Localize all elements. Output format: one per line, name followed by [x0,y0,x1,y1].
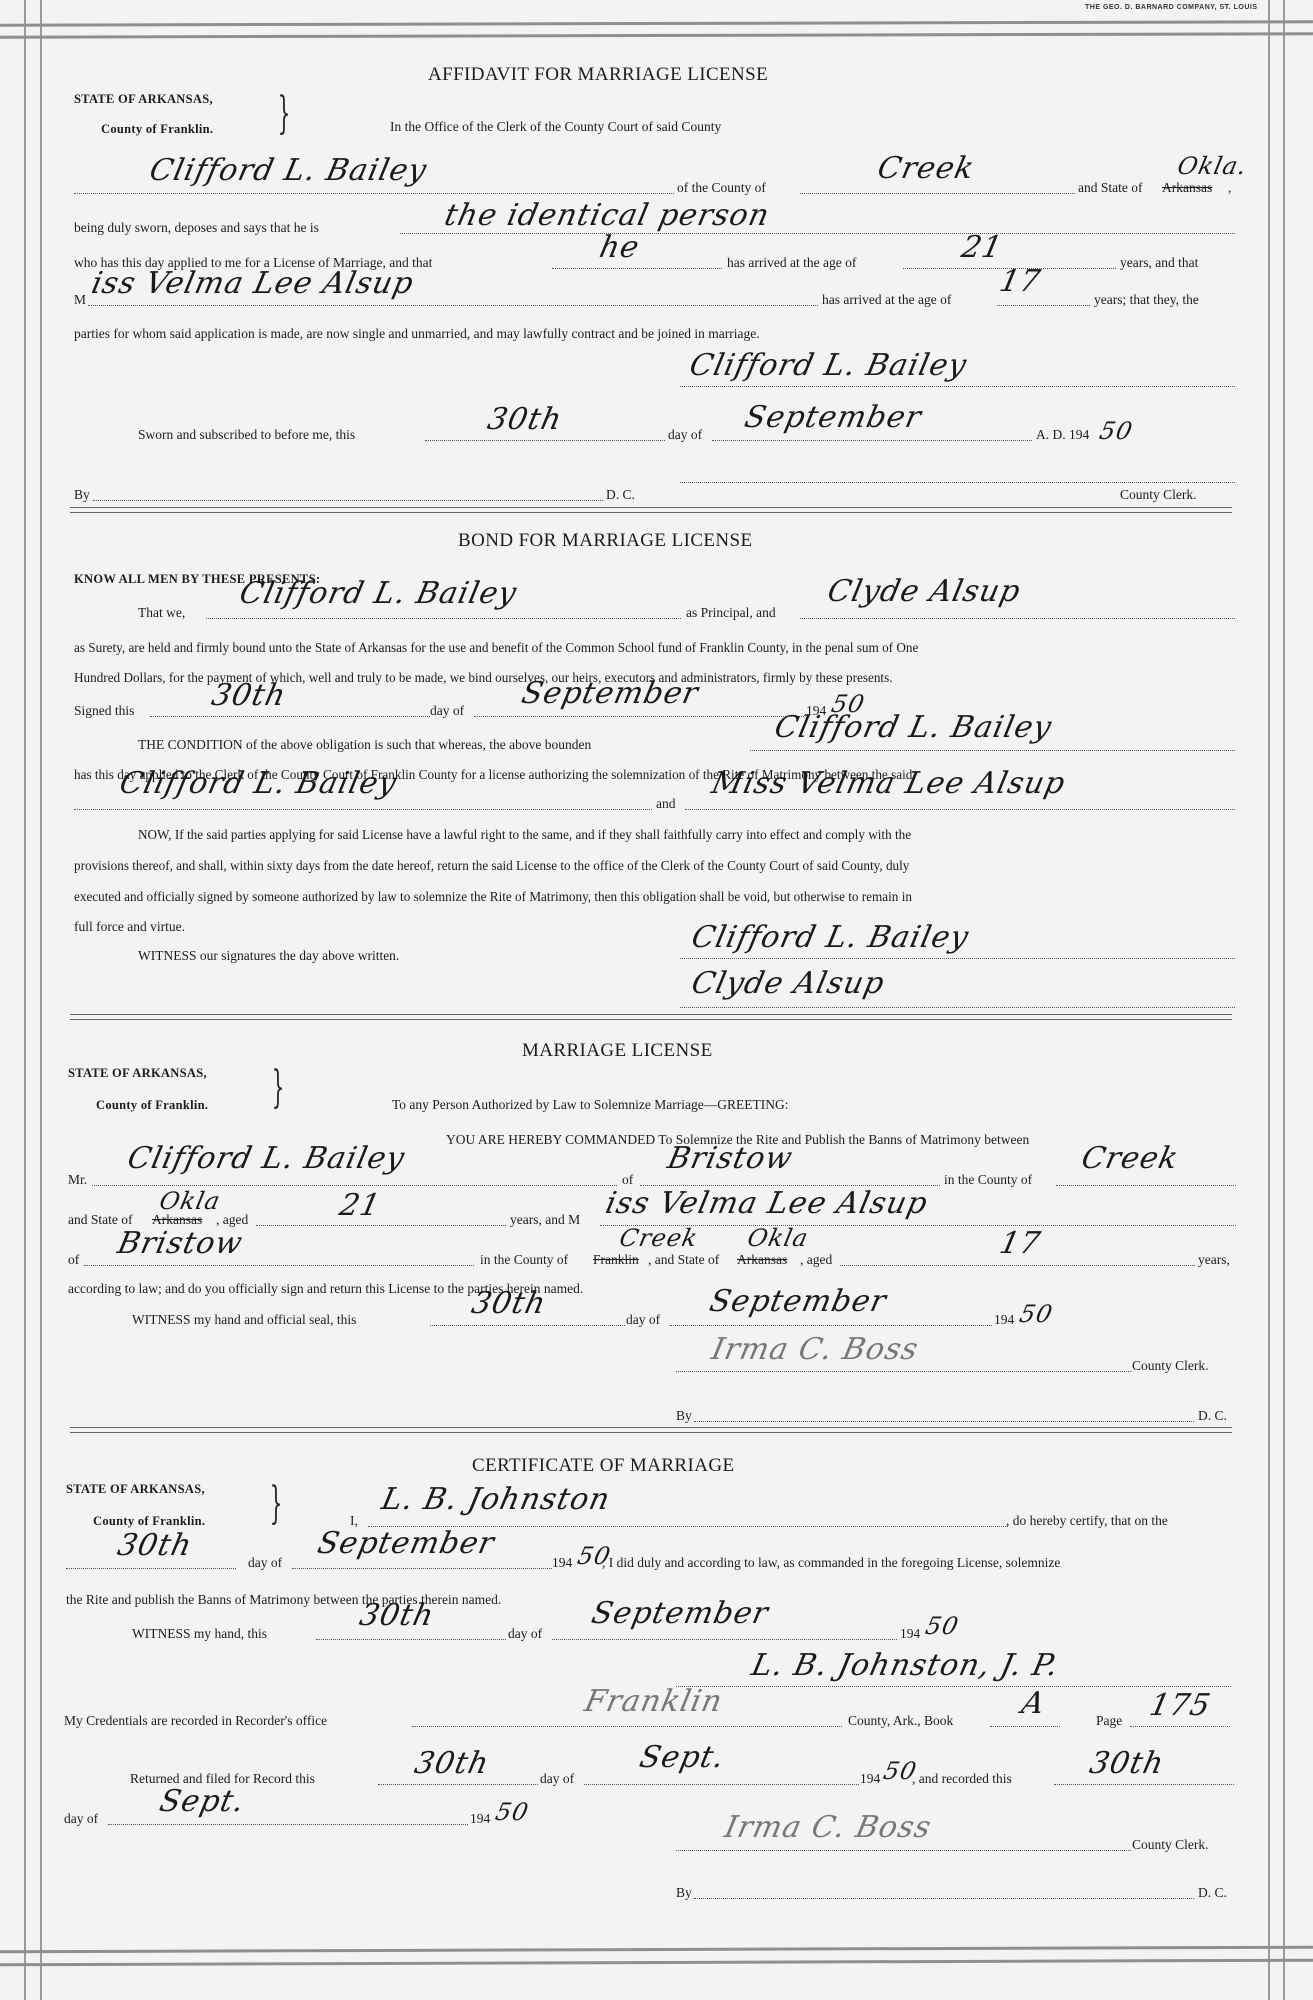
book-field[interactable]: A [1019,1688,1048,1720]
label-and-recorded-this: , and recorded this [912,1771,1012,1787]
returned-day-field[interactable]: 30th [412,1748,492,1780]
credentials-county-field[interactable]: Franklin [582,1686,726,1718]
certificate-clerk-signature: Irma C. Boss [722,1812,935,1844]
label-page: Page [1096,1713,1122,1729]
returned-day-line [378,1784,538,1785]
certificate-section: CERTIFICATE OF MARRIAGE STATE OF ARKANSA… [0,0,1313,2000]
officiant-name-field[interactable]: L. B. Johnston [379,1484,613,1516]
credentials-statement: My Credentials are recorded in Recorder'… [64,1713,327,1729]
officiant-signature-line [676,1686,1231,1687]
brace-icon: } [270,1482,283,1526]
certificate-deputy-line [694,1898,1194,1899]
marriage-day-line [66,1568,236,1569]
label-year-prefix: 194 [552,1555,572,1571]
returned-month-line [584,1784,859,1785]
recorded-month-line [108,1824,468,1825]
officiant-signature: L. B. Johnston, J. P. [749,1650,1062,1682]
label-year-prefix-2: 194 [900,1626,920,1642]
label-year-prefix-3: 194 [860,1771,880,1787]
label-day-of: day of [248,1555,282,1571]
label-hereby-certify: , do hereby certify, that on the [1006,1513,1168,1529]
label-county-clerk: County Clerk. [1132,1837,1209,1853]
book-line [990,1726,1060,1727]
recorded-month-field[interactable]: Sept. [157,1786,248,1818]
label-witness-hand: WITNESS my hand, this [132,1626,267,1642]
recorded-year-field[interactable]: 50 [493,1796,532,1828]
certificate-state: STATE OF ARKANSAS, [66,1481,205,1497]
label-day-of-3: day of [540,1771,574,1787]
witness-month-line [552,1639,897,1640]
marriage-month-field[interactable]: September [315,1528,498,1560]
marriage-day-field[interactable]: 30th [115,1530,195,1562]
label-day-of-2: day of [508,1626,542,1642]
label-dc: D. C. [1198,1885,1227,1901]
label-by: By [676,1885,692,1901]
returned-month-field[interactable]: Sept. [637,1742,728,1774]
recorded-day-line [1054,1784,1234,1785]
witness-year-field[interactable]: 50 [923,1610,962,1642]
marriage-month-line [292,1568,552,1569]
label-county-ark-book: County, Ark., Book [848,1713,953,1729]
credentials-county-line [412,1726,842,1727]
page-line [1130,1726,1230,1727]
label-year-prefix-4: 194 [470,1811,490,1827]
did-duly-statement: , I did duly and according to law, as co… [602,1555,1060,1571]
certificate-county: County of Franklin. [93,1513,205,1529]
witness-day-field[interactable]: 30th [357,1600,437,1632]
witness-month-field[interactable]: September [589,1598,772,1630]
label-day-of-4: day of [64,1811,98,1827]
certificate-title: CERTIFICATE OF MARRIAGE [472,1455,734,1477]
recorded-day-field[interactable]: 30th [1087,1748,1167,1780]
page-field[interactable]: 175 [1147,1690,1214,1722]
certificate-clerk-line [676,1850,1131,1851]
witness-day-line [316,1639,506,1640]
